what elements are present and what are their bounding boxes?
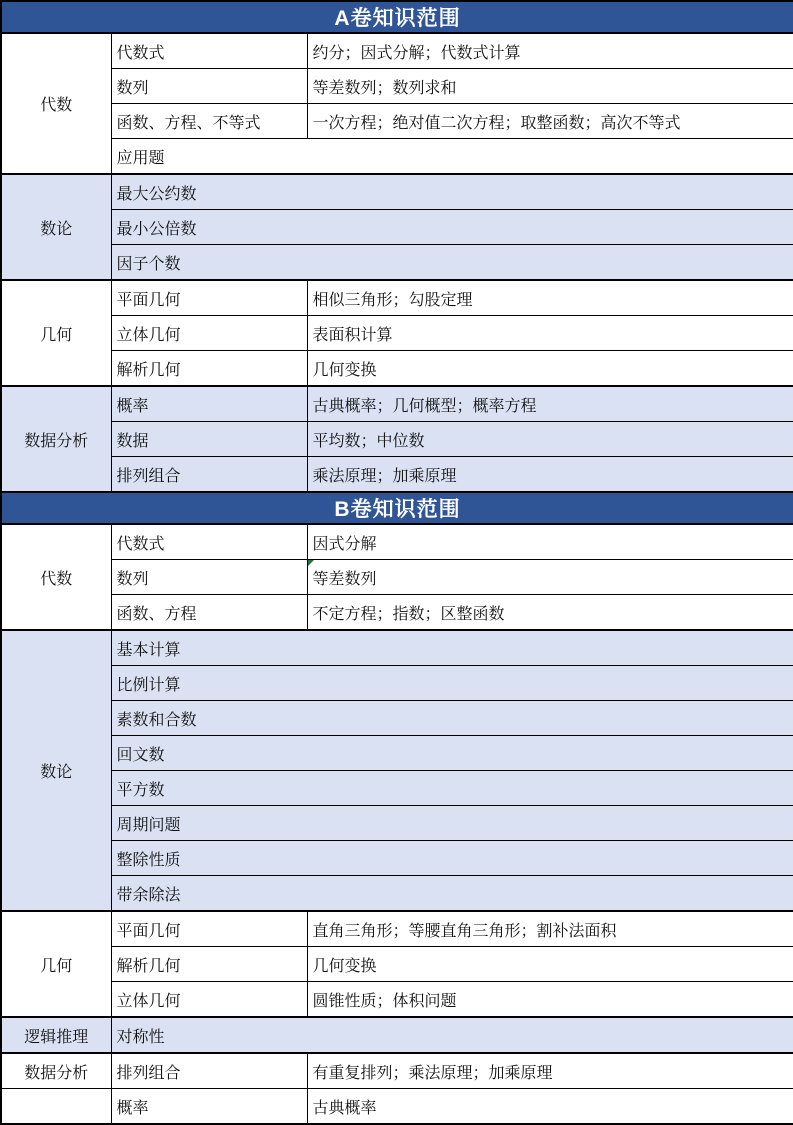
topic-cell: 因子个数 [111, 245, 793, 281]
detail-cell: 有重复排列；乘法原理；加乘原理 [307, 1053, 793, 1089]
table-row: 函数、方程 不定方程；指数；区整函数 [1, 595, 793, 631]
category-cell: 逻辑推理 [1, 1017, 111, 1053]
table-row: 逻辑推理 对称性 [1, 1017, 793, 1053]
detail-cell: 平均数；中位数 [307, 422, 793, 457]
detail-cell: 相似三角形；勾股定理 [307, 280, 793, 316]
table-row: 排列组合 乘法原理；加乘原理 [1, 457, 793, 493]
topic-cell: 比例计算 [111, 666, 793, 701]
table-row: 概率 古典概率 [1, 1089, 793, 1125]
table-row: 解析几何 几何变换 [1, 947, 793, 982]
topic-cell: 平面几何 [111, 911, 307, 947]
table-row: 平方数 [1, 771, 793, 806]
detail-cell: 等差数列；数列求和 [307, 69, 793, 104]
topic-cell: 函数、方程 [111, 595, 307, 631]
table-row: 代数 代数式 约分；因式分解；代数式计算 [1, 33, 793, 69]
topic-cell: 解析几何 [111, 947, 307, 982]
table-row: 立体几何 表面积计算 [1, 316, 793, 351]
topic-cell: 基本计算 [111, 630, 793, 666]
table-row: 几何 平面几何 直角三角形；等腰直角三角形；割补法面积 [1, 911, 793, 947]
topic-cell: 对称性 [111, 1017, 793, 1053]
table-row: 数论 基本计算 [1, 630, 793, 666]
table-row: 整除性质 [1, 841, 793, 876]
excel-error-flag-icon [308, 560, 314, 566]
category-cell-empty [1, 1089, 111, 1125]
table-row: 几何 平面几何 相似三角形；勾股定理 [1, 280, 793, 316]
section-a-header-row: A卷知识范围 [1, 1, 793, 33]
table-row: 素数和合数 [1, 701, 793, 736]
table-row: 比例计算 [1, 666, 793, 701]
topic-cell: 代数式 [111, 33, 307, 69]
topic-cell: 立体几何 [111, 316, 307, 351]
category-cell: 代数 [1, 33, 111, 174]
table-row: 数列 等差数列 [1, 560, 793, 595]
table-row: 数列 等差数列；数列求和 [1, 69, 793, 104]
table-row: 代数 代数式 因式分解 [1, 524, 793, 560]
category-cell: 几何 [1, 280, 111, 386]
table-row: 带余除法 [1, 876, 793, 912]
category-cell: 数论 [1, 174, 111, 280]
table-row: 立体几何 圆锥性质；体积问题 [1, 982, 793, 1018]
detail-cell: 圆锥性质；体积问题 [307, 982, 793, 1018]
topic-cell: 周期问题 [111, 806, 793, 841]
topic-cell: 平方数 [111, 771, 793, 806]
table-row: 因子个数 [1, 245, 793, 281]
table-row: 解析几何 几何变换 [1, 351, 793, 387]
knowledge-scope-table: A卷知识范围 代数 代数式 约分；因式分解；代数式计算 数列 等差数列；数列求和… [0, 0, 793, 1125]
table-row: 函数、方程、不等式 一次方程；绝对值二次方程；取整函数；高次不等式 [1, 104, 793, 139]
detail-text: 等差数列 [313, 571, 377, 588]
topic-cell: 函数、方程、不等式 [111, 104, 307, 139]
topic-cell: 代数式 [111, 524, 307, 560]
topic-cell: 排列组合 [111, 457, 307, 493]
detail-cell: 几何变换 [307, 351, 793, 387]
detail-cell: 古典概率 [307, 1089, 793, 1125]
topic-cell: 数列 [111, 560, 307, 595]
topic-cell: 素数和合数 [111, 701, 793, 736]
topic-cell: 概率 [111, 1089, 307, 1125]
table-row: 数论 最大公约数 [1, 174, 793, 210]
topic-cell: 排列组合 [111, 1053, 307, 1089]
detail-cell: 乘法原理；加乘原理 [307, 457, 793, 493]
section-b-header-row: B卷知识范围 [1, 492, 793, 524]
topic-cell: 带余除法 [111, 876, 793, 912]
detail-cell: 约分；因式分解；代数式计算 [307, 33, 793, 69]
topic-cell: 应用题 [111, 139, 793, 175]
detail-cell: 几何变换 [307, 947, 793, 982]
knowledge-scope-sheet: A卷知识范围 代数 代数式 约分；因式分解；代数式计算 数列 等差数列；数列求和… [0, 0, 793, 1125]
detail-cell: 等差数列 [307, 560, 793, 595]
table-row: 应用题 [1, 139, 793, 175]
topic-cell: 最大公约数 [111, 174, 793, 210]
topic-cell: 最小公倍数 [111, 210, 793, 245]
topic-cell: 数列 [111, 69, 307, 104]
topic-cell: 立体几何 [111, 982, 307, 1018]
category-cell: 数据分析 [1, 1053, 111, 1089]
table-row: 回文数 [1, 736, 793, 771]
table-row: 最小公倍数 [1, 210, 793, 245]
topic-cell: 解析几何 [111, 351, 307, 387]
detail-cell: 直角三角形；等腰直角三角形；割补法面积 [307, 911, 793, 947]
section-a-title: A卷知识范围 [1, 1, 793, 33]
detail-cell: 表面积计算 [307, 316, 793, 351]
detail-cell: 古典概率；几何概型；概率方程 [307, 386, 793, 422]
category-cell: 代数 [1, 524, 111, 630]
topic-cell: 平面几何 [111, 280, 307, 316]
category-cell: 数据分析 [1, 386, 111, 492]
topic-cell: 回文数 [111, 736, 793, 771]
detail-cell: 因式分解 [307, 524, 793, 560]
table-row: 数据分析 排列组合 有重复排列；乘法原理；加乘原理 [1, 1053, 793, 1089]
section-b-title: B卷知识范围 [1, 492, 793, 524]
table-row: 数据分析 概率 古典概率；几何概型；概率方程 [1, 386, 793, 422]
table-row: 数据 平均数；中位数 [1, 422, 793, 457]
category-cell: 几何 [1, 911, 111, 1017]
category-cell: 数论 [1, 630, 111, 911]
detail-cell: 不定方程；指数；区整函数 [307, 595, 793, 631]
detail-cell: 一次方程；绝对值二次方程；取整函数；高次不等式 [307, 104, 793, 139]
topic-cell: 整除性质 [111, 841, 793, 876]
topic-cell: 概率 [111, 386, 307, 422]
table-row: 周期问题 [1, 806, 793, 841]
topic-cell: 数据 [111, 422, 307, 457]
